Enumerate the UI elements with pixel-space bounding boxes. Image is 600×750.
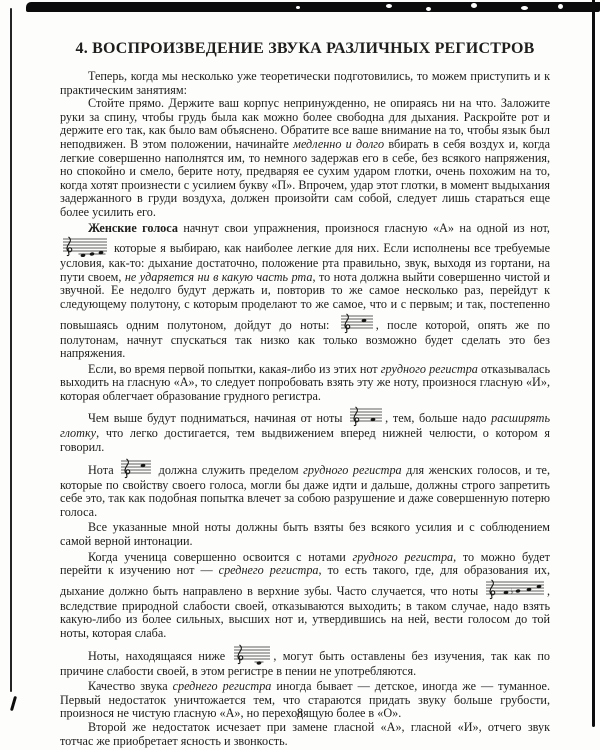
music-notation-n5-icon: ♭ [485, 578, 545, 600]
scan-speck [521, 6, 528, 10]
music-notation-n1-icon [62, 235, 108, 257]
paragraph: Женские голоса начнут свои упражнения, п… [60, 222, 550, 361]
body-text: Теперь, когда мы несколько уже теоретиче… [60, 70, 550, 748]
scan-speck [558, 4, 563, 9]
scan-edge-top [26, 2, 600, 12]
paragraph: Нота должна служить пределом грудного ре… [60, 457, 550, 520]
text-run: Ноты, находящаяся ниже [88, 649, 231, 663]
text-run: начнут свои упражнения, произнося гласну… [178, 221, 550, 235]
text-run: среднего регистра [173, 679, 272, 693]
paragraph: Все указанные мной ноты должны быть взят… [60, 521, 550, 548]
scan-speck [426, 7, 431, 11]
text-run: Качество звука [88, 679, 173, 693]
text-run: Если, во время первой попытки, какая-либ… [88, 362, 381, 376]
text-run: , что легко достигается, тем выдвижением… [60, 426, 550, 454]
text-run: Все указанные мной ноты должны быть взят… [60, 520, 550, 548]
music-notation-n4-icon [120, 457, 152, 479]
text-run: не ударяется ни в какую часть рта [125, 270, 313, 284]
scan-edge-right [592, 0, 595, 727]
text-run: среднего регистра [219, 563, 319, 577]
paragraph: Ноты, находящаяся ниже , могут быть оста… [60, 643, 550, 679]
text-run: Теперь, когда мы несколько уже теоретиче… [60, 69, 550, 97]
paragraph: Когда ученица совершенно освоится с нота… [60, 551, 550, 641]
text-run: Нота [88, 463, 118, 477]
book-page: 4. ВОСПРОИЗВЕДЕНИЕ ЗВУКА РАЗЛИЧНЫХ РЕГИС… [0, 0, 600, 750]
scan-speck [296, 6, 300, 9]
paragraph: Второй же недостаток исчезает при замене… [60, 721, 550, 748]
music-notation-n3-icon [349, 405, 383, 427]
text-run: Второй же недостаток исчезает при замене… [60, 720, 550, 748]
text-run: Чем выше будут подниматься, начиная от н… [88, 411, 347, 425]
text-run: грудного регистра [352, 550, 453, 564]
svg-text:♭: ♭ [510, 587, 513, 595]
music-notation-n6-icon [233, 643, 271, 665]
text-run: должна служить пределом [154, 463, 303, 477]
text-run: , тем, больше надо [385, 411, 491, 425]
text-run: Женские голоса [88, 221, 178, 235]
page-content: 4. ВОСПРОИЗВЕДЕНИЕ ЗВУКА РАЗЛИЧНЫХ РЕГИС… [60, 40, 550, 748]
scan-speck [471, 3, 477, 8]
paragraph: Теперь, когда мы несколько уже теоретиче… [60, 70, 550, 97]
text-run: Когда ученица совершенно освоится с нота… [88, 550, 352, 564]
text-run: грудного регистра [303, 463, 401, 477]
text-run: грудного регистра [381, 362, 478, 376]
paragraph: Если, во время первой попытки, какая-либ… [60, 363, 550, 404]
paragraph: Чем выше будут подниматься, начиная от н… [60, 405, 550, 454]
music-notation-n2-icon [340, 312, 374, 334]
paragraph: Стойте прямо. Держите ваш корпус неприну… [60, 97, 550, 219]
page-title: 4. ВОСПРОИЗВЕДЕНИЕ ЗВУКА РАЗЛИЧНЫХ РЕГИС… [60, 40, 550, 58]
page-number: 8 [0, 706, 600, 721]
text-run: медленно и долго [293, 137, 384, 151]
scan-speck [386, 4, 392, 8]
scan-edge-left [10, 8, 12, 692]
